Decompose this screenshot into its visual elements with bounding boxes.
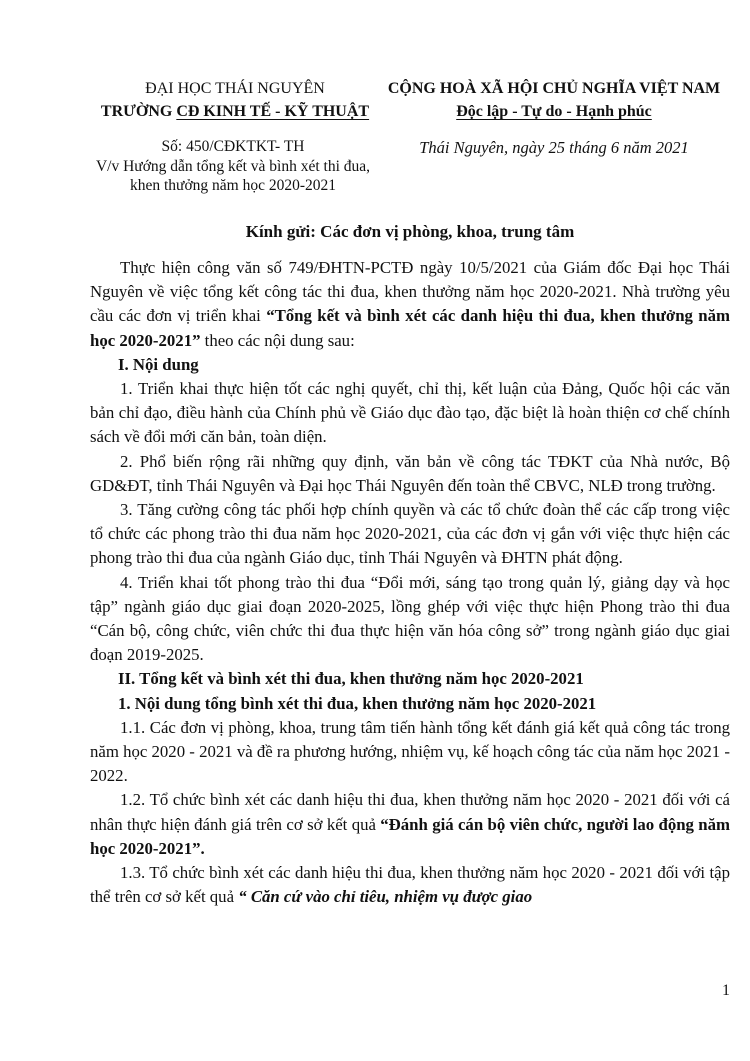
section-1-heading: I. Nội dung	[90, 353, 730, 377]
section-2-subheading: 1. Nội dung tổng bình xét thi đua, khen …	[90, 692, 730, 716]
document-number: Số: 450/CĐKTKT- TH	[88, 137, 378, 157]
issuer-header: ĐẠI HỌC THÁI NGUYÊN TRƯỜNG CĐ KINH TẾ - …	[92, 77, 378, 123]
item-1-1: 1.1. Các đơn vị phòng, khoa, trung tâm t…	[90, 716, 730, 789]
item-1-3: 1.3. Tổ chức bình xét các danh hiệu thi …	[90, 861, 730, 909]
document-body: Thực hiện công văn số 749/ĐHTN-PCTĐ ngày…	[90, 256, 730, 909]
section-1-item: 3. Tăng cường công tác phối hợp chính qu…	[90, 498, 730, 571]
section-1-item: 4. Triển khai tốt phong trào thi đua “Đổ…	[90, 571, 730, 668]
page-number: 1	[700, 982, 730, 1000]
college-name-underlined: CĐ KINH TẾ - KỸ THUẬT	[176, 103, 369, 120]
item-1-2: 1.2. Tổ chức bình xét các danh hiệu thi …	[90, 788, 730, 861]
section-1-item: 1. Triển khai thực hiện tốt các nghị quy…	[90, 377, 730, 450]
section-2-heading: II. Tổng kết và bình xét thi đua, khen t…	[90, 667, 730, 691]
national-header: CỘNG HOÀ XÃ HỘI CHỦ NGHĨA VIỆT NAM Độc l…	[384, 77, 724, 123]
reference-block: Số: 450/CĐKTKT- TH V/v Hướng dẫn tổng kế…	[88, 137, 378, 196]
national-title: CỘNG HOÀ XÃ HỘI CHỦ NGHĨA VIỆT NAM	[384, 77, 724, 100]
college-name: TRƯỜNG CĐ KINH TẾ - KỸ THUẬT	[92, 100, 378, 123]
document-page: ĐẠI HỌC THÁI NGUYÊN TRƯỜNG CĐ KINH TẾ - …	[0, 0, 750, 1061]
subject-line-2: khen thưởng năm học 2020-2021	[88, 176, 378, 196]
college-name-prefix: TRƯỜNG	[101, 103, 176, 120]
section-1-item: 2. Phổ biến rộng rãi những quy định, văn…	[90, 450, 730, 498]
university-name: ĐẠI HỌC THÁI NGUYÊN	[92, 77, 378, 100]
place-date: Thái Nguyên, ngày 25 tháng 6 năm 2021	[384, 137, 724, 159]
subject-line-1: V/v Hướng dẫn tổng kết và bình xét thi đ…	[88, 157, 378, 177]
recipient-line: Kính gửi: Các đơn vị phòng, khoa, trung …	[90, 221, 730, 243]
intro-paragraph: Thực hiện công văn số 749/ĐHTN-PCTĐ ngày…	[90, 256, 730, 353]
national-motto: Độc lập - Tự do - Hạnh phúc	[456, 103, 652, 120]
